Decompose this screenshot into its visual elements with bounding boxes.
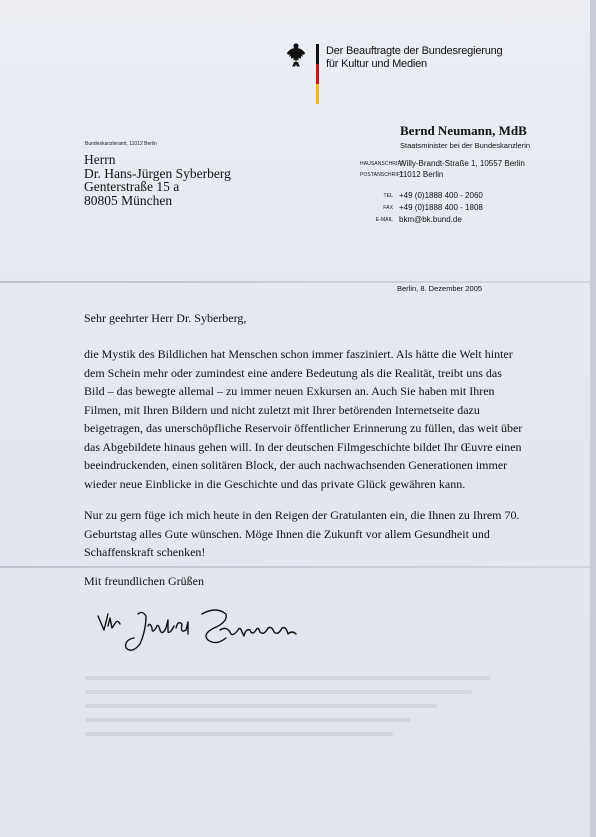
contact-email: E-MAILbkm@bk.bund.de xyxy=(360,211,462,229)
contact-postal-address: POSTANSCHRIFT11012 Berlin xyxy=(360,166,443,184)
federal-eagle-icon xyxy=(286,42,306,68)
recipient-salutation: Herrn xyxy=(84,153,231,167)
german-flag-bar xyxy=(316,44,319,104)
paper-fold-line xyxy=(0,566,590,568)
letter-page: Der Beauftragte der Bundesregierung für … xyxy=(0,0,590,837)
recipient-address: Herrn Dr. Hans-Jürgen Syberberg Genterst… xyxy=(84,153,231,207)
sender-role: Staatsminister bei der Bundeskanzlerin xyxy=(400,141,530,150)
paper-edge xyxy=(590,0,596,837)
recipient-street: Genterstraße 15 a xyxy=(84,180,231,194)
recipient-city: 80805 München xyxy=(84,194,231,208)
letter-salutation: Sehr geehrter Herr Dr. Syberberg, xyxy=(84,311,246,326)
paper-fold-line xyxy=(0,281,590,283)
authority-name: Der Beauftragte der Bundesregierung für … xyxy=(326,45,502,70)
bleed-through-text xyxy=(85,676,525,746)
body-paragraph-2: Nur zu gern füge ich mich heute in den R… xyxy=(84,506,554,562)
letter-closing: Mit freundlichen Grüßen xyxy=(84,574,204,589)
recipient-name: Dr. Hans-Jürgen Syberberg xyxy=(84,167,231,181)
letter-date: Berlin, 8. Dezember 2005 xyxy=(397,284,482,293)
handwritten-signature-icon xyxy=(96,600,336,660)
sender-name: Bernd Neumann, MdB xyxy=(400,123,527,139)
body-paragraph-1: die Mystik des Bildlichen hat Menschen s… xyxy=(84,345,554,493)
return-address: Bundeskanzleramt, 11012 Berlin xyxy=(85,141,157,147)
